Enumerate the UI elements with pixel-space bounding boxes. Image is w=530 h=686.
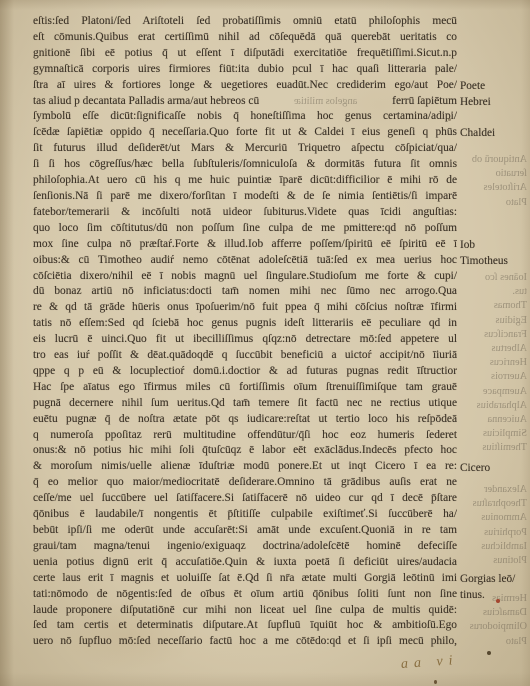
margin-note: Timotheus (460, 255, 508, 268)
margin-note: Gorgias leō/ (460, 573, 515, 586)
ink-speck (448, 118, 451, 121)
show-through-name: Auicenna (459, 413, 527, 427)
body-text-line: fatebor/temerarii & incōſulti notā uideo… (33, 205, 457, 221)
show-through-name-list: Antiquorū obſeruatioAriſtotelesPlato (459, 153, 527, 210)
margin-note: Poete (460, 80, 485, 93)
body-text-line: dū bonaz artiū nō inficiatus:docti tam̄ … (33, 284, 457, 300)
show-through-name: Olimpiodorus (459, 620, 527, 634)
show-through-name: Albertus (459, 342, 527, 356)
show-through-name: Plato (459, 196, 527, 210)
body-text-line: ſtra aī uires & fortiores longe & uegeti… (33, 78, 457, 94)
show-through-name: Thomas (459, 299, 527, 313)
body-text-line: tati:nōmodo de nōgentis:ſed de oībus ēt … (33, 587, 457, 603)
show-through-name: ſeruatio (459, 167, 527, 181)
margin-note: tinus. (460, 589, 485, 602)
show-through-name: Franciſcus (459, 328, 527, 342)
body-text-segment: ferrū ſapiētum (392, 94, 457, 110)
body-text-line: eſtis:ſed Platoni/ſed Ariſtoteli ſed pro… (33, 14, 457, 30)
show-through-name: Antiquorū ob (459, 153, 527, 167)
main-text-block: eſtis:ſed Platoni/ſed Ariſtoteli ſed pro… (33, 14, 457, 650)
body-text-line: ſi ſi hos cōgreſſus/hæc bella ſubſtuleri… (33, 157, 457, 173)
body-text-line: pugnā decernere nihil ſum ueritus.Qd tam… (33, 396, 457, 412)
body-text-line: tro eas iuŕ poſſit & dēat.quādoqdē q ſuc… (33, 348, 457, 364)
body-text-line: ſenſionis.Nā ſi parē me dixero/forſitan … (33, 189, 457, 205)
body-text-line: re & qd tā grāde hūeris onus īpoſuerim/n… (33, 300, 457, 316)
body-text-line: tas aliud p decantata Palladis arma/aut … (33, 94, 457, 110)
margin-note: Iob (460, 239, 475, 252)
body-text-line: uenia potius dignū erit q̄ accuſatiōe.Qu… (33, 555, 457, 571)
body-text-line: ſcēdæ ſapiētiæ oppido q̄ neceſſaria.Quo … (33, 125, 457, 141)
body-text-line: oibus:& cū Timotheo audiŕ nemo cōtēnat a… (33, 253, 457, 269)
body-text-line: ceſſe/me uel ſuccūbere uel ſatiſfacere.S… (33, 491, 457, 507)
body-text-line: uero nō ſupfluo mō:ſed neceſſario factū … (33, 634, 457, 650)
body-text-line: qppe q p eū & locuplectioŕ domū.i.doctio… (33, 364, 457, 380)
body-text-line: gnitionē ſibi eē potius q̄ ut eſſent ī d… (33, 46, 457, 62)
body-text-line: euētu pugnæ q̄ de noſtra ætate pōt qs iu… (33, 412, 457, 428)
margin-note: Hebrei (460, 96, 491, 109)
body-text-line: quo loco ſim cōſtitutus/dū non poſſum ſi… (33, 221, 457, 237)
show-through-name: Theophraſtus (459, 497, 527, 511)
body-text-line: ſit futurus illud deſiderēt/ut Mars & Me… (33, 141, 457, 157)
red-ink-dot (496, 599, 500, 603)
body-text-line: gymnaſticā corporis uires firmiores fiūt… (33, 62, 457, 78)
show-through-name: Alexander (459, 483, 527, 497)
show-through-name: Plotinus (459, 554, 527, 568)
show-through-name: Damaſcius (459, 606, 527, 620)
body-text-line: eſt cōmunis.Quibus erat certiſſimū nihil… (33, 30, 457, 46)
show-through-name: Porphirius (459, 526, 527, 540)
body-text-line: Hac ſpe aīatus ego īfirmus miles cū fort… (33, 380, 457, 396)
body-text-line: eis lucrū ē uinci.Quo fit ut ibecilliſſi… (33, 332, 457, 348)
ink-speck (434, 680, 437, 684)
show-through-name: Themiſtius (459, 441, 527, 455)
margin-note: Chaldei (460, 127, 495, 140)
body-text-line: cōſciētia dixero/nihil eē ī nobis magnū … (33, 269, 457, 285)
show-through-name: Auempace (459, 385, 527, 399)
body-text-line: ſed tam certis et determinatis diſputare… (33, 618, 457, 634)
body-text-line: q̄ōnibus ē laudabile/ī nongentis ēt p̄ſt… (33, 507, 457, 523)
body-text-line: tatis nō eſſem:Sed qd ſciebā hoc genus p… (33, 316, 457, 332)
body-text-line: onus:& nō potius hic mihi ſoli q̄tuſcūqz… (33, 443, 457, 459)
ink-speck (487, 651, 491, 655)
show-through-name: Egidius (459, 314, 527, 328)
body-text-line: certe laus erit ī magnis et uoluiſſe ſat… (33, 571, 457, 587)
body-text-line: mox ſine culpa nō præſtaŕ.Forte & illud.… (33, 237, 457, 253)
show-through-text: angelos militiæ (288, 94, 363, 110)
show-through-name-list: AlexanderTheophraſtusAmmoniusPorphiriusI… (459, 483, 527, 568)
body-text-line: laude proponere diſputatiōnē cur mihi no… (33, 603, 457, 619)
body-text-line: bebūt ipſi/ſi me oderūt unde accuſarēt:S… (33, 523, 457, 539)
show-through-name: Alpharabius (459, 399, 527, 413)
body-text-segment: tas aliud p decantata Palladis arma/aut … (33, 94, 259, 110)
show-through-name: Iamblichus (459, 540, 527, 554)
show-through-name-list: Ioānes ſcotus.ThomasEgidiusFranciſcusAlb… (459, 271, 527, 455)
show-through-name: tus. (459, 285, 527, 299)
body-text-line: & moroſum nimis/uelle alienæ īduſtriæ mo… (33, 459, 457, 475)
show-through-name: Ioānes ſco (459, 271, 527, 285)
show-through-name: Auerrois (459, 370, 527, 384)
show-through-name: Plato (459, 635, 527, 649)
body-text-line: q numeroſa ppoſitaz rerū multitudine off… (33, 428, 457, 444)
body-text-line: philoſophia.At uero cū his q me huic pui… (33, 173, 457, 189)
show-through-name: Henricus (459, 356, 527, 370)
show-through-name: Simplicius (459, 427, 527, 441)
body-text-line: q̄ eo melior quo maior/mediocritatē deſi… (33, 475, 457, 491)
scanned-book-page: eſtis:ſed Platoni/ſed Ariſtoteli ſed pro… (0, 0, 530, 686)
quire-signature-mark: aa vi (401, 653, 460, 673)
body-text-line: ſymbolū eſſe dicūt:ſignificaſſe nobis q̄… (33, 109, 457, 125)
body-text-line: graui/tam magna/tenui ingenio/exiguaqz d… (33, 539, 457, 555)
show-through-name: Ariſtoteles (459, 181, 527, 195)
margin-note: Cicero (460, 462, 490, 475)
show-through-name: Ammonius (459, 511, 527, 525)
